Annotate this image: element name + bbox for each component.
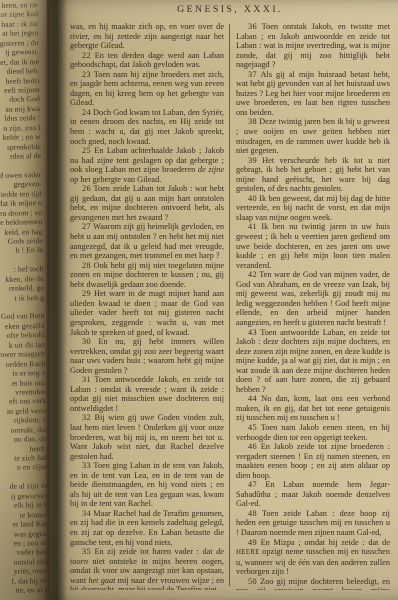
edge-text-fragment: ordden Rach (0, 359, 45, 370)
edge-text-fragment: lde beklommen (0, 217, 43, 228)
edge-text-fragment: uwer maagsch (0, 349, 45, 360)
edge-text-fragment: iedde ten tijd (0, 189, 42, 200)
edge-text-fragment: n zijn, zoo l (0, 123, 41, 134)
edge-text-fragment: elk hij in P (0, 500, 47, 511)
edge-text-fragment: et land Kan (0, 519, 47, 530)
edge-text-fragment: kken, die de (0, 274, 44, 285)
edge-text-fragment: : hef toch (0, 264, 43, 275)
edge-text-fragment (0, 255, 43, 266)
verse-28: 28 Ook hebt gij mij niet toegelaten mijn… (70, 261, 224, 290)
verse-44: 44 Nu dan, kom, laat ons een verbond mak… (236, 394, 390, 423)
verse-43: 43 Toen antwoordde Laban, en zeide tot J… (236, 328, 390, 395)
verse-number: 22 (82, 51, 91, 60)
verse-number: 34 (82, 509, 91, 518)
verse-49: 49 En Mizpa ; omdat hij zeide : dat de H… (236, 538, 390, 577)
edge-text-fragment: ofte beloofd (0, 330, 45, 341)
verse-33: 33 Toen ging Laban in de tent van Jakob,… (70, 461, 224, 509)
verse-number: 47 (248, 480, 257, 489)
verse-37: 37 Als gij al mijn huisraad betast hebt,… (236, 70, 390, 118)
edge-text-fragment: te komen (0, 510, 47, 521)
verse-number: 42 (248, 270, 257, 279)
edge-text-fragment: dat ik mijne o (0, 198, 42, 209)
edge-text-fragment: was gegraz (0, 528, 47, 539)
verse-24: 24 Doch God kwam tot Laban, den Syriër, … (70, 108, 224, 146)
edge-text-fragment: rden al de (0, 151, 41, 162)
edge-text-fragment: keld, en hag (0, 227, 43, 238)
previous-page-edge: b heen, en rietot zijne kudhaar : ik zie… (0, 0, 47, 600)
edge-text-fragment: God van Beth (0, 311, 44, 322)
verse-number: 27 (82, 222, 91, 231)
verse-27: 27 Waarom zijt gij heimelijk gevloden, e… (70, 222, 224, 260)
edge-text-fragment: diend heb. (0, 66, 39, 77)
edge-text-fragment (0, 472, 47, 483)
verse-number: 25 (82, 146, 91, 155)
verse-31: 31 Toen antwoordde Jakob, en zeide tot L… (70, 375, 224, 413)
verse-number: 45 (248, 423, 257, 432)
edge-text-fragment: n en zijne (0, 462, 47, 473)
verse-number: 30 (82, 337, 91, 346)
verse-48: 48 Toen zeide Laban : deze hoop zij hede… (236, 509, 390, 538)
verse-46: 46 En Jakob zeide tot zijne broederen : … (236, 442, 390, 480)
edge-text-fragment: ontrukt, die (0, 425, 47, 436)
verse-number: 31 (82, 375, 91, 384)
verse-number: 39 (248, 156, 257, 165)
edge-text-fragment: renkeld, ge (0, 283, 44, 294)
verse-continuation: was, en hij maakte zich op, en voer over… (70, 22, 224, 51)
bible-page: GENESIS, XXXI. was, en hij maakte zich o… (50, 0, 398, 600)
verse-50: 50 Zoo gij mijne dochteren beleedigt, en… (236, 577, 390, 590)
verse-29: 29 Het ware in de magt mijner hand aan u… (70, 289, 224, 337)
verse-number: 24 (82, 108, 91, 117)
edge-text-fragment: eft ons verk (0, 396, 46, 407)
edge-text-fragment: eeft mijnen (0, 85, 40, 96)
edge-text-fragment: an mij kwa (0, 104, 40, 115)
verse-34: 34 Maar Rachel had de Terafim genomen, e… (70, 509, 224, 547)
edge-text-fragment: kelde ; en w (0, 132, 41, 143)
verse-number: 32 (82, 413, 91, 422)
verse-number: 38 (248, 117, 257, 126)
edge-text-fragment: Gods zeide (0, 236, 43, 247)
edge-text-fragment: ldus zeide : (0, 113, 40, 124)
verse-number: 43 (248, 328, 257, 337)
edge-text-fragment: tot zijne kud (0, 9, 38, 20)
verse-number: 33 (82, 461, 91, 470)
edge-text-fragment: at het jegen (0, 28, 39, 39)
verse-41: 41 Ik ben nu twintig jaren in uw huis ge… (236, 222, 390, 270)
column-divider (229, 24, 230, 586)
previous-page-fragments: b heen, en rietot zijne kudhaar : ik zie… (0, 0, 47, 596)
edge-text-fragment: et, dat ik me (0, 57, 39, 68)
edge-text-fragment: h ! En ik (0, 245, 43, 256)
edge-text-fragment: as geld verte (0, 406, 46, 417)
edge-text-fragment: nu dan, do (0, 434, 47, 445)
edge-text-fragment: k uit dit lan (0, 340, 45, 351)
edge-text-fragment: et huis onz (0, 377, 46, 388)
edge-text-fragment: te zich Jak (0, 453, 47, 464)
edge-text-fragment: yriër, ovem (0, 566, 47, 577)
edge-text-fragment: is er nog v (0, 368, 46, 379)
verse-number: 28 (82, 261, 91, 270)
edge-text-fragment: doch God (0, 94, 40, 105)
verse-35: 35 En zij zeide tot haren vader : dat de… (70, 547, 224, 590)
verse-26: 26 Toen zeide Laban tot Jakob : wat hebt… (70, 184, 224, 222)
verse-32: 32 Bij wien gij uwe Goden vinden zult, l… (70, 413, 224, 461)
edge-text-fragment: rijkdom, v (0, 415, 47, 426)
edge-text-fragment: vader had. (0, 547, 47, 558)
verse-number: 35 (82, 547, 91, 556)
edge-text-fragment: tte, en al w (0, 585, 47, 596)
verse-47: 47 En Laban noemde hem Jegar-Sahadûtha ;… (236, 480, 390, 509)
edge-text-fragment (0, 160, 41, 171)
edge-text-fragment: b heen, en rie (0, 0, 38, 11)
edge-text-fragment: heeft bedri (0, 76, 40, 87)
edge-text-fragment: en ; zoo sta (0, 538, 47, 549)
verse-number: 36 (248, 22, 257, 31)
left-column: was, en hij maakte zich op, en voer over… (70, 22, 224, 590)
edge-text-fragment: len droom ; en (0, 208, 42, 219)
verse-number: 37 (248, 70, 257, 79)
edge-text-fragment: t ik heb g (0, 293, 44, 304)
verse-number: 40 (248, 194, 257, 203)
verse-number: 50 (248, 577, 257, 586)
verse-number: 46 (248, 442, 257, 451)
edge-text-fragment: gegeven. (0, 179, 42, 190)
edge-text-fragment: ontstal zich (0, 557, 47, 568)
edge-text-fragment: f, dat hij vlu (0, 576, 47, 587)
verse-23: 23 Toen nam hij zijne broeders met zich,… (70, 70, 224, 108)
verse-number: 44 (248, 394, 257, 403)
right-column: 36 Toen ontstak Jakob, en twistte met La… (236, 22, 390, 590)
edge-text-fragment: haar : ik zie (0, 19, 38, 30)
edge-text-fragment (0, 302, 44, 313)
verse-number: 48 (248, 509, 257, 518)
verse-42: 42 Ten ware de God van mijnen vader, de … (236, 270, 390, 327)
edge-text-fragment: ij geworven (0, 491, 47, 502)
verse-36: 36 Toen ontstak Jakob, en twistte met La… (236, 22, 390, 70)
edge-text-fragment: de al zijn ve (0, 481, 47, 492)
text-columns: was, en hij maakte zich op, en voer over… (70, 22, 392, 590)
edge-text-fragment: heeft. (0, 444, 47, 455)
edge-text-fragment: vreemden (0, 387, 46, 398)
verse-25: 25 En Laban achterhaalde Jakob ; Jakob n… (70, 146, 224, 184)
verse-number: 41 (248, 222, 257, 231)
verse-number: 26 (82, 184, 91, 193)
page-header: GENESIS, XXXI. (50, 4, 398, 15)
edge-text-fragment: gisteren ; do (0, 38, 39, 49)
book-photo: b heen, en rietot zijne kudhaar : ik zie… (0, 0, 398, 600)
verse-number: 49 (248, 538, 257, 547)
verse-30: 30 En nu, gij hebt immers willen vertrek… (70, 337, 224, 375)
edge-text-fragment: eken gezalfd (0, 321, 45, 332)
edge-text-fragment: d uwen vader (0, 170, 42, 181)
verse-number: 23 (82, 70, 91, 79)
verse-38: 38 Deze twintig jaren ben ik bij u gewee… (236, 117, 390, 155)
edge-text-fragment: sprenkelde (0, 142, 41, 153)
verse-22: 22 En ten derden dage werd aan Laban geb… (70, 51, 224, 70)
verse-45: 45 Toen nam Jakob eenen steen, en hij ve… (236, 423, 390, 442)
verse-40: 40 Ik ben geweest, dat mij bij dag de hi… (236, 194, 390, 223)
verse-number: 29 (82, 289, 91, 298)
edge-text-fragment: ij geweest. (0, 47, 39, 58)
verse-39: 39 Het verscheurde heb ik tot u niet geb… (236, 156, 390, 194)
